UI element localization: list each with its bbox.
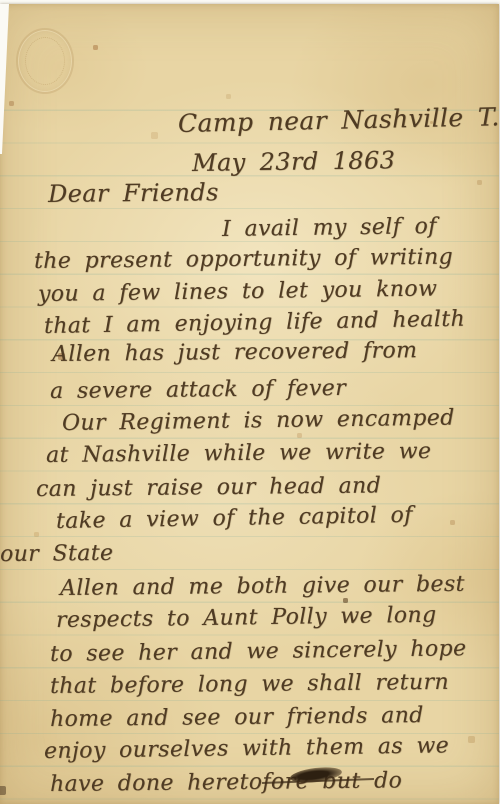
letter-line: I avail my self of — [222, 214, 437, 242]
letter-paper: Camp near Nashville T.May 23rd 1863Dear … — [0, 4, 499, 804]
embossed-seal-icon — [16, 28, 74, 94]
letter-line: that before long we shall return — [50, 670, 449, 699]
embossed-seal-inner-ring — [25, 37, 65, 85]
letter-line: enjoy ourselves with them as we — [44, 733, 449, 764]
letter-line: May 23rd 1863 — [192, 147, 396, 177]
letter-line: Allen has just recovered from — [52, 338, 418, 367]
letter-line: Our Regiment is now encamped — [62, 406, 455, 437]
letter-line: Allen and me both give our best — [60, 572, 465, 602]
letter-line: a severe attack of fever — [50, 376, 346, 404]
letter-line: at Nashville while we write we — [46, 439, 432, 468]
letter-line: our State — [0, 541, 114, 567]
letter-line: respects to Aunt Polly we long — [56, 603, 437, 634]
letter-line: have done heretofore but do — [50, 768, 402, 797]
scanned-letter-photo: Camp near Nashville T.May 23rd 1863Dear … — [0, 0, 500, 804]
letter-line: the present opportunity of writing — [34, 245, 453, 275]
letter-line: you a few lines to let you know — [38, 276, 438, 307]
letter-line: to see her and we sincerely hope — [50, 636, 467, 667]
letter-line: home and see our friends and — [50, 703, 424, 732]
paper-corner-cut — [0, 4, 10, 154]
letter-line: Camp near Nashville T. — [178, 103, 500, 138]
letter-line: that I am enjoying life and health — [44, 307, 466, 340]
letter-line: take a view of the capitol of — [56, 503, 413, 535]
letter-line: Dear Friends — [48, 179, 219, 208]
letter-line: can just raise our head and — [36, 473, 381, 502]
